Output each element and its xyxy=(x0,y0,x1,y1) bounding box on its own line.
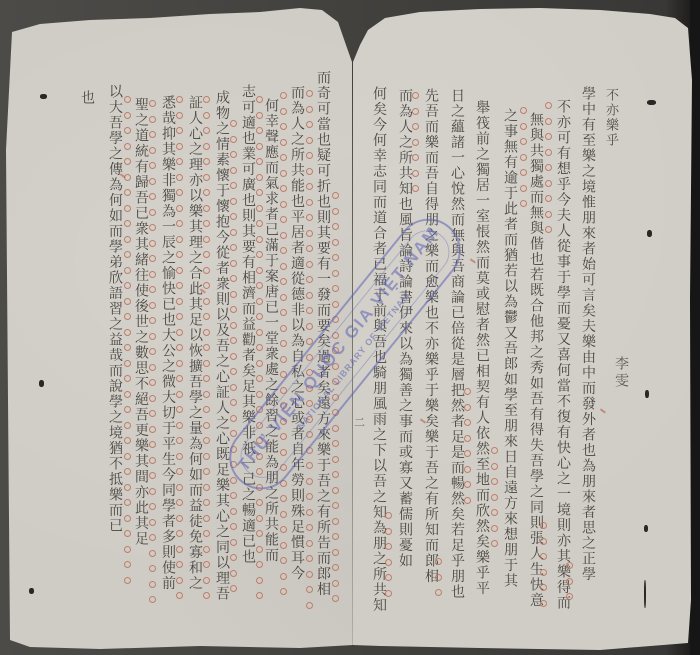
red-circle-mark xyxy=(306,121,313,128)
red-circle-mark xyxy=(124,577,131,584)
red-circle-mark xyxy=(385,559,392,566)
red-circle-mark xyxy=(176,561,183,568)
red-circle-mark xyxy=(256,127,263,134)
red-circle-mark xyxy=(176,344,183,351)
author-name: 李雯 xyxy=(612,356,630,390)
text-column: 無與共獨處而無與偕也若既合他邦之秀如吾有得失吾學之同則張人生快意 xyxy=(527,112,545,608)
red-circle-mark xyxy=(124,468,131,475)
page-number: 二 xyxy=(354,414,365,430)
red-circle-mark xyxy=(332,223,339,230)
red-circle-mark xyxy=(412,123,419,130)
red-circle-mark xyxy=(306,540,313,547)
red-circle-mark xyxy=(149,534,156,541)
red-circle-mark xyxy=(176,313,183,320)
red-circle-mark xyxy=(256,267,263,274)
red-circle-mark xyxy=(306,152,313,159)
red-circle-mark xyxy=(124,313,131,320)
red-circle-mark xyxy=(149,565,156,572)
red-circle-mark xyxy=(332,549,339,556)
red-circle-mark xyxy=(230,151,237,158)
red-circle-mark xyxy=(124,360,131,367)
red-circle-mark xyxy=(545,164,552,171)
red-circle-mark xyxy=(306,183,313,190)
red-circle-mark xyxy=(230,275,237,282)
red-circle-mark xyxy=(332,270,339,277)
red-circle-mark xyxy=(256,236,263,243)
text-column: 之事無有逾于此者而猶若以為鬱又吾郎如學至朋來日自遠方來想朋于其 xyxy=(501,108,519,589)
manuscript-scan: 而奇可當也疑可折也則其要有一發而要矣過者矣遠方來樂于吾之有所告而郎相 而為人之所… xyxy=(0,0,700,655)
red-circle-mark xyxy=(520,200,527,207)
binding-hole xyxy=(644,525,648,532)
red-circle-mark xyxy=(491,463,498,470)
red-circle-mark xyxy=(306,230,313,237)
red-circle-mark xyxy=(124,251,131,258)
red-circle-mark xyxy=(306,261,313,268)
red-circle-mark xyxy=(332,425,339,432)
red-circle-mark xyxy=(520,185,527,192)
red-circle-mark xyxy=(149,488,156,495)
red-circle-mark xyxy=(412,92,419,99)
red-circle-mark xyxy=(306,478,313,485)
red-circle-mark xyxy=(149,472,156,479)
red-circle-mark xyxy=(491,509,498,516)
red-circle-mark xyxy=(230,384,237,391)
red-circle-mark xyxy=(306,602,313,609)
red-circle-mark xyxy=(203,174,210,181)
red-circle-mark xyxy=(280,123,287,130)
red-circle-mark xyxy=(124,406,131,413)
red-circle-mark xyxy=(280,495,287,502)
red-circle-mark xyxy=(280,309,287,316)
red-circle-mark xyxy=(203,360,210,367)
text-column: 日之蘊諸一心悅然而無與吾商論已倍從是層把然者足是而暢然矣若足乎朋也 xyxy=(448,88,466,600)
red-circle-mark xyxy=(280,557,287,564)
red-circle-mark xyxy=(545,102,552,109)
red-circle-mark xyxy=(176,499,183,506)
red-circle-mark xyxy=(256,577,263,584)
red-circle-mark xyxy=(203,530,210,537)
red-circle-mark xyxy=(203,329,210,336)
red-circle-mark xyxy=(149,503,156,510)
red-circle-mark xyxy=(545,133,552,140)
red-circle-mark xyxy=(203,422,210,429)
red-circle-mark xyxy=(149,410,156,417)
red-circle-mark xyxy=(306,555,313,562)
binding-hole xyxy=(647,100,656,105)
red-circle-mark xyxy=(385,528,392,535)
red-circle-mark xyxy=(176,592,183,599)
red-circle-mark xyxy=(124,298,131,305)
red-circle-mark xyxy=(124,282,131,289)
binding-hole xyxy=(39,380,44,387)
red-circle-mark xyxy=(412,170,419,177)
red-circle-mark xyxy=(149,100,156,107)
red-circle-mark xyxy=(176,112,183,119)
red-circle-mark xyxy=(545,211,552,218)
red-circle-mark xyxy=(230,554,237,561)
red-circle-mark xyxy=(124,143,131,150)
text-column: 志可適也業可廣也則其要有相濟而益勸者矣足其樂非祇一己之暢適已也 xyxy=(239,84,257,565)
red-circle-mark xyxy=(149,441,156,448)
red-circle-mark xyxy=(230,260,237,267)
red-circle-mark xyxy=(540,584,547,591)
red-circle-mark xyxy=(124,515,131,522)
red-circle-mark xyxy=(280,92,287,99)
red-circle-mark xyxy=(280,340,287,347)
red-circle-mark xyxy=(332,301,339,308)
red-circle-mark xyxy=(464,466,471,473)
red-circle-mark xyxy=(256,375,263,382)
binding-hole xyxy=(645,390,649,398)
red-circle-mark xyxy=(149,131,156,138)
text-column: 舉筏前之獨居一室悵然而莫或慰者然已相契有人依然至地而欣然矣樂乎平 xyxy=(473,100,491,596)
red-circle-mark xyxy=(332,471,339,478)
red-circle-mark xyxy=(332,518,339,525)
red-circle-mark xyxy=(256,174,263,181)
red-circle-mark xyxy=(464,404,471,411)
red-circle-mark xyxy=(203,546,210,553)
red-circle-mark xyxy=(256,189,263,196)
red-circle-mark xyxy=(540,538,547,545)
red-circle-mark xyxy=(203,267,210,274)
red-circle-mark xyxy=(149,116,156,123)
red-circle-mark xyxy=(280,201,287,208)
red-circle-mark xyxy=(203,112,210,119)
red-circle-mark xyxy=(412,139,419,146)
red-circle-mark xyxy=(124,422,131,429)
red-circle-mark xyxy=(230,523,237,530)
red-circle-mark xyxy=(230,492,237,499)
text-column: 學中有至樂之境惟朋來者始可言矣夫樂由中而發外者也為朋來者思之正學 xyxy=(579,86,597,582)
red-circle-mark xyxy=(520,154,527,161)
red-circle-mark xyxy=(256,282,263,289)
red-circle-mark xyxy=(540,553,547,560)
red-circle-mark xyxy=(203,251,210,258)
red-circle-mark xyxy=(203,561,210,568)
red-circle-mark xyxy=(280,232,287,239)
red-circle-mark xyxy=(124,437,131,444)
red-circle-mark xyxy=(203,236,210,243)
red-circle-mark xyxy=(149,379,156,386)
red-circle-mark xyxy=(306,168,313,175)
red-circle-mark xyxy=(306,307,313,314)
red-circle-mark xyxy=(540,569,547,576)
red-circle-mark xyxy=(256,158,263,165)
red-circle-mark xyxy=(306,199,313,206)
red-circle-mark xyxy=(280,573,287,580)
red-circle-mark xyxy=(256,313,263,320)
red-circle-mark xyxy=(230,244,237,251)
red-circle-mark xyxy=(149,364,156,371)
red-circle-mark xyxy=(306,90,313,97)
red-circle-mark xyxy=(124,375,131,382)
red-circle-mark xyxy=(491,540,498,547)
text-column: 先吾而樂而吾自得朋之樂而愈樂也不亦樂乎于樂矣樂于吾之有所知而郎相 xyxy=(422,88,440,584)
red-circle-mark xyxy=(435,589,442,596)
red-circle-mark xyxy=(545,149,552,156)
red-circle-mark xyxy=(230,182,237,189)
essay-title: 不亦樂乎 xyxy=(601,88,619,148)
red-circle-mark xyxy=(306,509,313,516)
red-circle-mark xyxy=(412,108,419,115)
text-column: 聖之道統有歸吾已衆其緒往使後世之數思不絕吾更樂其間亦此其足 xyxy=(132,97,150,547)
red-circle-mark xyxy=(230,585,237,592)
red-circle-mark xyxy=(256,96,263,103)
red-circle-mark xyxy=(203,127,210,134)
red-circle-mark xyxy=(149,302,156,309)
red-circle-mark xyxy=(332,533,339,540)
red-circle-mark xyxy=(332,502,339,509)
text-column: 成物之情素懷于懷抱今從者衆則以及吾之心証人之心既足樂其心之同以理吾 xyxy=(213,90,231,602)
red-circle-mark xyxy=(176,468,183,475)
red-circle-mark xyxy=(176,515,183,522)
red-circle-mark xyxy=(230,322,237,329)
binding-hole xyxy=(644,580,646,608)
red-circle-mark xyxy=(306,493,313,500)
red-circle-mark xyxy=(203,158,210,165)
red-circle-mark xyxy=(230,415,237,422)
red-circle-mark xyxy=(280,542,287,549)
red-circle-mark xyxy=(491,494,498,501)
red-circle-mark xyxy=(545,180,552,187)
red-circle-mark xyxy=(306,245,313,252)
red-circle-mark xyxy=(149,193,156,200)
red-circle-mark xyxy=(230,198,237,205)
red-circle-mark xyxy=(256,592,263,599)
red-circle-mark xyxy=(124,127,131,134)
red-circle-mark xyxy=(280,294,287,301)
red-circle-mark xyxy=(491,525,498,532)
red-circle-mark xyxy=(230,399,237,406)
red-circle-mark xyxy=(124,112,131,119)
red-circle-mark xyxy=(545,226,552,233)
red-circle-mark xyxy=(124,344,131,351)
text-column: 也 xyxy=(78,90,96,106)
red-circle-mark xyxy=(203,406,210,413)
red-circle-mark xyxy=(176,530,183,537)
red-circle-mark xyxy=(176,158,183,165)
text-column: 証人心之理亦以樂其理之合此其足以恢擴吾學之量為何如而益徒免寡和之 xyxy=(186,95,204,591)
red-circle-mark xyxy=(280,154,287,161)
red-circle-mark xyxy=(491,447,498,454)
red-circle-mark xyxy=(280,247,287,254)
red-circle-mark xyxy=(332,564,339,571)
red-circle-mark xyxy=(230,368,237,375)
red-circle-mark xyxy=(230,337,237,344)
red-circle-mark xyxy=(149,317,156,324)
red-circle-mark xyxy=(566,578,573,585)
red-circle-mark xyxy=(464,450,471,457)
red-circle-mark xyxy=(306,586,313,593)
red-circle-mark xyxy=(149,255,156,262)
red-circle-mark xyxy=(306,571,313,578)
binding-hole xyxy=(40,94,47,99)
red-circle-mark xyxy=(256,329,263,336)
text-column: 以大吾學之傳為何如而學弟欣語習之益哉而說學之境猶不抵樂而已 xyxy=(106,84,124,534)
red-circle-mark xyxy=(203,484,210,491)
red-circle-mark xyxy=(124,546,131,553)
red-circle-mark xyxy=(256,298,263,305)
red-circle-mark xyxy=(412,154,419,161)
red-circle-mark xyxy=(230,291,237,298)
red-circle-mark xyxy=(256,499,263,506)
red-circle-mark xyxy=(203,220,210,227)
red-circle-mark xyxy=(332,192,339,199)
red-circle-mark xyxy=(176,143,183,150)
red-circle-mark xyxy=(203,391,210,398)
red-circle-mark xyxy=(149,581,156,588)
red-circle-mark xyxy=(149,395,156,402)
red-circle-mark xyxy=(124,453,131,460)
red-circle-mark xyxy=(306,214,313,221)
red-circle-mark xyxy=(124,391,131,398)
red-circle-mark xyxy=(176,484,183,491)
red-circle-mark xyxy=(464,419,471,426)
red-circle-mark xyxy=(256,205,263,212)
red-circle-mark xyxy=(540,600,547,607)
red-circle-mark xyxy=(149,286,156,293)
red-circle-mark xyxy=(176,127,183,134)
red-circle-mark xyxy=(124,236,131,243)
red-circle-mark xyxy=(176,96,183,103)
red-circle-mark xyxy=(464,435,471,442)
red-circle-mark xyxy=(280,263,287,270)
red-circle-mark xyxy=(545,195,552,202)
red-circle-mark xyxy=(464,388,471,395)
red-circle-mark xyxy=(176,298,183,305)
red-circle-mark xyxy=(203,344,210,351)
red-circle-mark xyxy=(280,588,287,595)
red-circle-mark xyxy=(230,570,237,577)
red-circle-mark xyxy=(306,137,313,144)
red-circle-mark xyxy=(176,189,183,196)
red-circle-mark xyxy=(203,189,210,196)
red-circle-mark xyxy=(124,96,131,103)
text-column: 悉哉抑其樂非獨為一辰之愉快已也大公之微大切于平生今同學者多則使前 xyxy=(159,95,177,591)
red-circle-mark xyxy=(306,462,313,469)
red-circle-mark xyxy=(256,561,263,568)
red-circle-mark xyxy=(124,158,131,165)
red-circle-mark xyxy=(203,143,210,150)
red-circle-mark xyxy=(203,453,210,460)
red-circle-mark xyxy=(230,539,237,546)
red-circle-mark xyxy=(256,530,263,537)
red-circle-mark xyxy=(203,515,210,522)
red-circle-mark xyxy=(332,254,339,261)
red-circle-mark xyxy=(176,329,183,336)
red-circle-mark xyxy=(280,139,287,146)
red-circle-mark xyxy=(306,323,313,330)
red-circle-mark xyxy=(306,106,313,113)
red-circle-mark xyxy=(280,511,287,518)
red-circle-mark xyxy=(280,278,287,285)
red-circle-mark xyxy=(230,229,237,236)
red-circle-mark xyxy=(149,519,156,526)
red-circle-mark xyxy=(230,353,237,360)
red-circle-mark xyxy=(540,522,547,529)
red-circle-mark xyxy=(176,391,183,398)
red-circle-mark xyxy=(280,216,287,223)
red-circle-mark xyxy=(306,292,313,299)
red-circle-mark xyxy=(176,267,183,274)
red-circle-mark xyxy=(176,220,183,227)
red-circle-mark xyxy=(149,596,156,603)
red-circle-mark xyxy=(149,178,156,185)
red-circle-mark xyxy=(464,497,471,504)
red-circle-mark xyxy=(124,484,131,491)
red-circle-mark xyxy=(203,298,210,305)
red-circle-mark xyxy=(176,282,183,289)
red-circle-mark xyxy=(203,96,210,103)
red-circle-mark xyxy=(332,595,339,602)
red-circle-mark xyxy=(412,185,419,192)
red-circle-mark xyxy=(203,577,210,584)
text-column: 而為人之所共能也平居者適從德非以為自私之心或者自年勞則殊足慣耳今 xyxy=(288,85,306,581)
red-circle-mark xyxy=(385,512,392,519)
red-circle-mark xyxy=(256,546,263,553)
red-circle-mark xyxy=(176,360,183,367)
red-circle-mark xyxy=(332,440,339,447)
red-circle-mark xyxy=(124,329,131,336)
red-circle-mark xyxy=(566,562,573,569)
red-circle-mark xyxy=(176,546,183,553)
red-circle-mark xyxy=(332,487,339,494)
red-circle-mark xyxy=(464,481,471,488)
red-circle-mark xyxy=(124,267,131,274)
red-circle-mark xyxy=(203,205,210,212)
red-circle-mark xyxy=(124,499,131,506)
red-circle-mark xyxy=(124,561,131,568)
red-circle-mark xyxy=(203,282,210,289)
text-column: 不亦可有想乎今夫人從事于學而憂又喜何當不復有快心之一境則亦其樂得而 xyxy=(554,99,572,611)
red-circle-mark xyxy=(176,453,183,460)
red-circle-mark xyxy=(149,550,156,557)
red-circle-mark xyxy=(203,499,210,506)
red-circle-mark xyxy=(332,580,339,587)
red-circle-mark xyxy=(520,169,527,176)
red-circle-mark xyxy=(124,530,131,537)
red-circle-mark xyxy=(203,468,210,475)
red-circle-mark xyxy=(306,524,313,531)
red-circle-mark xyxy=(385,590,392,597)
red-circle-mark xyxy=(566,593,573,600)
red-circle-mark xyxy=(149,240,156,247)
red-circle-mark xyxy=(176,437,183,444)
red-circle-mark xyxy=(176,205,183,212)
red-circle-mark xyxy=(280,108,287,115)
red-circle-mark xyxy=(176,236,183,243)
red-circle-mark xyxy=(176,422,183,429)
red-circle-mark xyxy=(280,170,287,177)
red-circle-mark xyxy=(176,174,183,181)
red-circle-mark xyxy=(280,356,287,363)
red-circle-mark xyxy=(385,543,392,550)
red-circle-mark xyxy=(203,437,210,444)
text-column: 何幸聲應而氣求者已滿于案唐已一堂衆處之餘習之能為朋之所共能而 xyxy=(262,98,280,563)
red-circle-mark xyxy=(124,220,131,227)
red-circle-mark xyxy=(176,251,183,258)
red-circle-mark xyxy=(256,112,263,119)
red-circle-mark xyxy=(149,333,156,340)
binding-hole xyxy=(29,588,34,594)
red-circle-mark xyxy=(124,189,131,196)
red-circle-mark xyxy=(149,162,156,169)
red-circle-mark xyxy=(230,306,237,313)
red-circle-mark xyxy=(256,515,263,522)
red-circle-mark xyxy=(149,271,156,278)
red-circle-mark xyxy=(149,147,156,154)
red-circle-mark xyxy=(256,251,263,258)
